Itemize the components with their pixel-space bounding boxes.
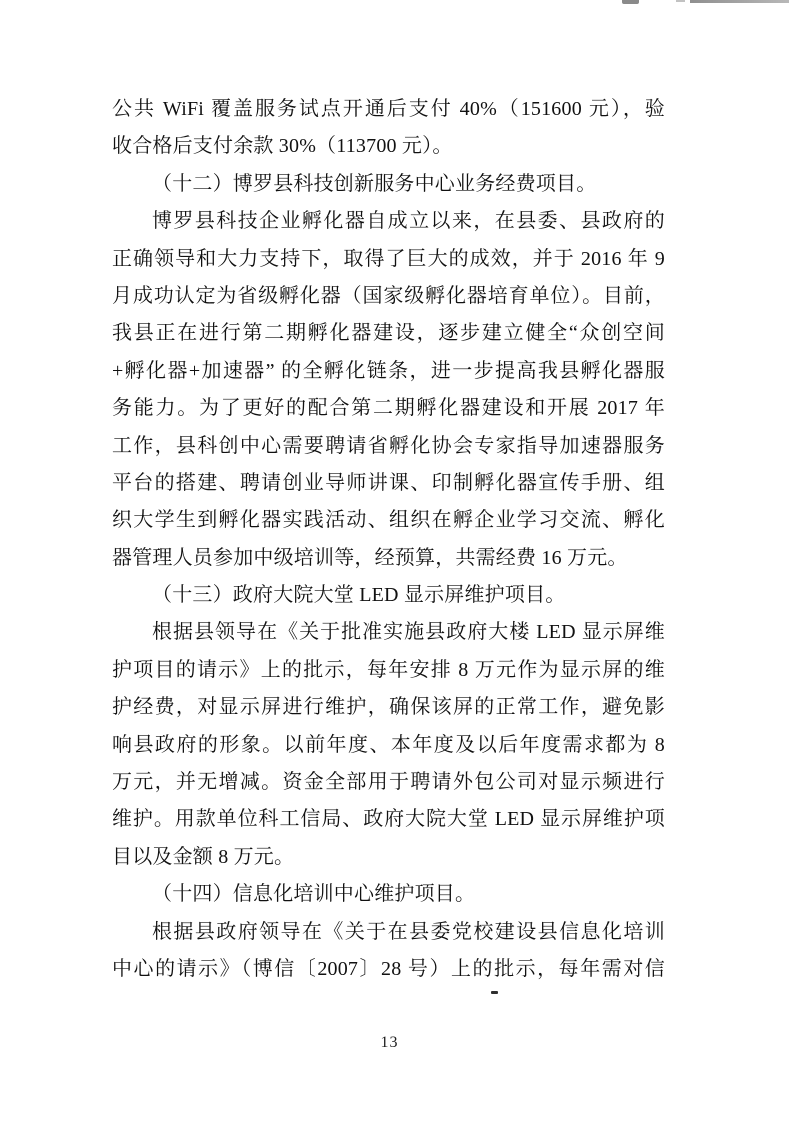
section-heading-12: （十二）博罗县科技创新服务中心业务经费项目。: [112, 166, 665, 203]
page-number: 13: [0, 1034, 779, 1052]
text-line: 目以及金额 8 万元。: [112, 839, 665, 876]
text-line: 响县政府的形象。以前年度、本年度及以后年度需求都为 8: [112, 727, 665, 764]
section-heading-13: （十三）政府大院大堂 LED 显示屏维护项目。: [112, 577, 665, 614]
text-line: 织大学生到孵化器实践活动、组织在孵企业学习交流、孵化: [112, 502, 665, 539]
text-line: 万元，并无增减。资金全部用于聘请外包公司对显示频进行: [112, 764, 665, 801]
text-line: 根据县政府领导在《关于在县委党校建设县信息化培训: [112, 914, 665, 951]
text-line: 工作，县科创中心需要聘请省孵化协会专家指导加速器服务: [112, 428, 665, 465]
text-line: 我县正在进行第二期孵化器建设，逐步建立健全“众创空间: [112, 315, 665, 352]
scan-artifact-mark: [676, 0, 685, 2]
document-body: 公共 WiFi 覆盖服务试点开通后支付 40%（151600 元），验 收合格后…: [112, 91, 665, 988]
scan-artifact-top-bar: [690, 0, 789, 3]
scan-artifact-mark: [622, 0, 639, 4]
text-line: 中心的请示》（博信〔2007〕28 号）上的批示，每年需对信: [112, 951, 665, 988]
text-line: 器管理人员参加中级培训等，经预算，共需经费 16 万元。: [112, 540, 665, 577]
text-line: 维护。用款单位科工信局、政府大院大堂 LED 显示屏维护项: [112, 801, 665, 838]
text-line: 公共 WiFi 覆盖服务试点开通后支付 40%（151600 元），验: [112, 91, 665, 128]
text-line: 务能力。为了更好的配合第二期孵化器建设和开展 2017 年: [112, 390, 665, 427]
text-line: 月成功认定为省级孵化器（国家级孵化器培育单位）。目前，: [112, 278, 665, 315]
section-heading-14: （十四）信息化培训中心维护项目。: [112, 876, 665, 913]
text-line: 护项目的请示》上的批示，每年安排 8 万元作为显示屏的维: [112, 652, 665, 689]
text-line: 博罗县科技企业孵化器自成立以来，在县委、县政府的: [112, 203, 665, 240]
text-line: 收合格后支付余款 30%（113700 元）。: [112, 128, 665, 165]
scanned-document-page: 公共 WiFi 覆盖服务试点开通后支付 40%（151600 元），验 收合格后…: [0, 0, 789, 1122]
text-line: 护经费，对显示屏进行维护，确保该屏的正常工作，避免影: [112, 689, 665, 726]
text-line: 根据县领导在《关于批准实施县政府大楼 LED 显示屏维: [112, 614, 665, 651]
text-line: +孵化器+加速器” 的全孵化链条，进一步提高我县孵化器服: [112, 353, 665, 390]
text-line: 平台的搭建、聘请创业导师讲课、印制孵化器宣传手册、组: [112, 465, 665, 502]
scan-artifact-speck: [491, 991, 498, 994]
text-line: 正确领导和大力支持下，取得了巨大的成效，并于 2016 年 9: [112, 241, 665, 278]
